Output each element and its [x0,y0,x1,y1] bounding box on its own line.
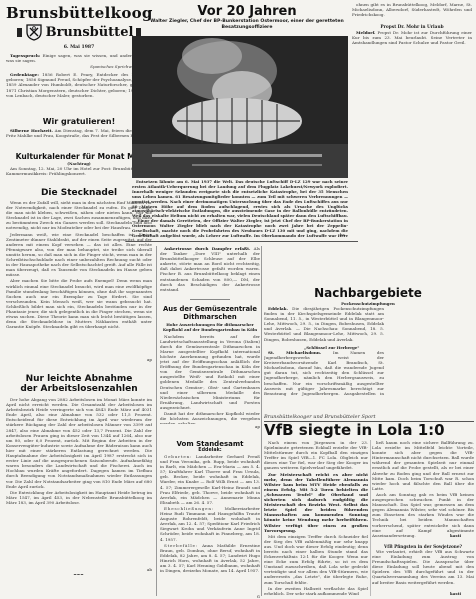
needle-section: Die Stecknadel Wenn es der Zufall will, … [6,188,152,362]
sport-paragraph: In der zweiten Halbzeit verflachte das S… [264,586,368,596]
sport-paragraph: Auch am Sonntag gab es beim VfB keinen a… [372,492,474,538]
registry-place: Eddelak: [160,448,260,453]
unemployment-title-1: Nur leichte Abnahme [6,374,152,384]
neighbors-section: Nachbargebiete Pockenschutzimpfungen Edd… [264,286,472,396]
congrats-section: Wir gratulieren! Silberne Hochzeit. Am D… [6,117,152,148]
registry-signature: G [160,594,260,599]
memorial-days: Gedenktage: 1856 Robert E. Peary, Entdec… [6,72,152,108]
culture-body: Am Sonntag, 12. Mai, 20 Uhr im Hotel zur… [6,166,152,177]
sport-col2-signature: kasti [450,533,461,538]
culture-text: Am Sonntag, 12. Mai, 20 Uhr im Hotel zur… [6,166,152,176]
culture-title: Kulturkalender für Monat Mai [6,152,152,161]
sport-paragraph: Nach einem von Jürgensen in der 23. Spie… [264,440,368,471]
sport-sub: VfB Pfingsten in der Sowjetzone? Wie ver… [372,544,474,591]
vegetables-subtitle: Hohe Auszeichnungen für dithmarscher Kop… [160,323,260,333]
unemployment-section: Nur leichte Abnahme der Arbeitslosenzahl… [6,374,152,577]
vegetables-signature: ap [160,424,260,429]
unemployment-paragraph: Der hohe Abgang von 2882 Arbeitslosen im… [6,397,152,489]
needle-signature: ap [6,357,152,362]
neighbors-item2-body: St. Michaelisdonn. Im Namen des Jugendhe… [264,350,384,396]
vegetables-paragraph: Damit hat der dithmarscher Kopfkohl wied… [160,411,260,424]
sport-paragraph: ließ kaum noch eine sichere Ballführung … [372,440,474,491]
neighbors-item1-text: Die diesjährigen Pockenschutzimpfungen f… [264,306,384,342]
motto-source: Spanisches Sprichwort [6,64,152,69]
needle-title: Die Stecknadel [6,188,152,198]
registry-text: Landarbeiter Gerhard Preuß und Frau Vero… [160,454,260,505]
congrats-title: Wir gratulieren! [6,117,152,126]
neighbors-item1-body: Eddelak. Die diesjährigen Pockenschutzim… [264,306,384,342]
motto: Tagesspruch: Einige sagen, was sie wisse… [6,53,152,69]
airship-fire-image [132,36,348,178]
sport-paragraph: Mit dem einzigen Treffer durch Schneider… [264,534,368,585]
needle-paragraph: Wenn es der Zufall will, sieht man in de… [6,200,152,231]
sport-col1: Nach einem von Jürgensen in der 23. Spie… [264,440,368,596]
issue-date: 6. Mai 1987 [6,45,152,50]
registry-text: Molkereiarbeiter Heinz Rudi Timmann und … [160,506,260,542]
registry-text: Anna Mathilde Ernestine Braun, geb. Domh… [160,543,260,573]
neighbors-item2-text: Im Namen des Jugendherbergswerks weist d… [264,350,384,396]
unemployment-title-2: der Arbeitslosenzahlen [6,384,152,394]
anchor-notice: Ankertrosse durch Dampfer erfaßt. Als de… [160,246,260,296]
coat-of-arms-icon [25,23,43,41]
airship-photo [132,36,348,178]
needle-paragraph: Jedermann weiß, wie eine Stecknadel besc… [6,232,152,278]
right-top-text: ohnen gibt es in Brunsbüttelkoog, Meldor… [352,2,472,24]
caption-signature: ka [340,232,345,237]
needle-body: Wenn es der Zufall will, sieht man in de… [6,200,152,357]
photo-caption: Entsetzen lähmte am 6. Mai 1937 die Welt… [132,180,348,238]
unemployment-paragraph: Die Entwicklung der Arbeitslosigkeit im … [6,490,152,505]
sport-paragraph: Zur Meisterschaft reicht es aber nicht m… [264,472,368,533]
sport-sub-signature: kasti [450,591,461,596]
feature-subtitle: Walter Ziegler, Chef der BP-Bunkerstatio… [122,19,372,31]
sport-sub-text: Wie verlautet, erhielt der VfB aus Schwa… [372,549,474,585]
divider [190,299,230,300]
vegetables-body: Nachdem bereits auf der Landwirtschaftsa… [160,334,260,424]
unemployment-body: Der hohe Abgang von 2882 Arbeitslosen im… [6,397,152,567]
ornament-left [17,28,22,37]
column-rule [156,246,157,596]
right-top-paragraph: ohnen gibt es in Brunsbüttelkoog, Meldor… [352,2,472,17]
vegetables-title-2: Dithmarschen [160,313,260,321]
masthead-line2: Brunsbüttel [46,25,134,40]
registry-title: Vom Standesamt [160,440,260,448]
feature-title: Vor 20 Jahren [122,4,372,19]
culture-section: Kulturkalender für Monat Mai (Nachtrag) … [6,152,152,177]
end-mark: ═══ [6,572,152,577]
divider [126,241,358,242]
sport-title: VfB siegte in Lola 1:0 [264,421,474,439]
pastor-notice: Propst Dr. Mohr in Urlaub Meldorf. Props… [352,25,472,51]
neighbors-title: Nachbargebiete [264,286,472,300]
sport-sub-body: Wie verlautet, erhielt der VfB aus Schwa… [372,549,474,591]
vegetables-paragraph: Nachdem bereits auf der Landwirtschaftsa… [160,334,260,410]
congrats-body: Silberne Hochzeit. Am Dienstag, dem 7. M… [6,128,152,148]
registry-body: Geburten: Landarbeiter Gerhard Preuß und… [160,454,260,594]
vegetables-title-1: Aus der Gemüsezentrale [160,305,260,313]
column-rule [370,440,371,596]
sport-col2: ließ kaum noch eine sichere Ballführung … [372,440,474,538]
caption-text: Entsetzen lähmte am 6. Mai 1937 die Welt… [132,180,348,238]
registry-section: Vom Standesamt Eddelak: Geburten: Landar… [160,440,260,599]
vegetables-section: Aus der Gemüsezentrale Dithmarschen Hohe… [160,305,260,429]
anchor-body: Als der Tanker „Dore VIII" unterhalb der… [160,246,260,292]
column-rule [261,246,262,596]
needle-paragraph: Aber machen Sie bitte die Probe aufs Exe… [6,278,152,329]
feature-header: Vor 20 Jahren Walter Ziegler, Chef der B… [122,4,372,31]
